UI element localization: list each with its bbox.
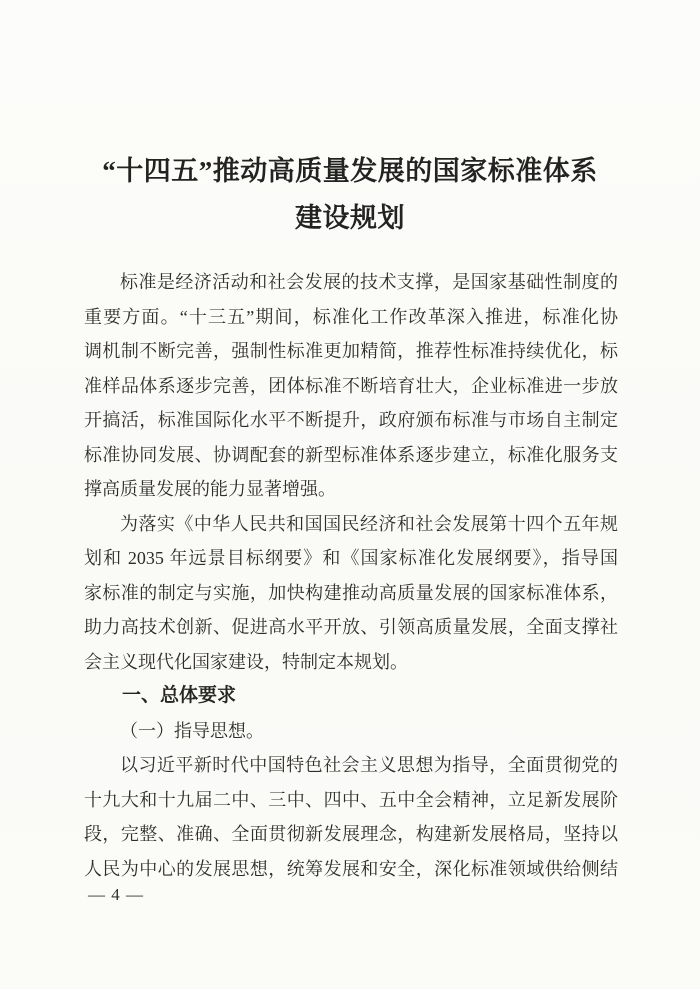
intro-paragraph-1-line-1: 标准是经济活动和社会发展的技术支撑，是国家基础性制度的 bbox=[84, 265, 618, 300]
page-number: — 4 — bbox=[88, 884, 144, 906]
intro-paragraph-1-line-2: 重要方面。“十三五”期间，标准化工作改革深入推进，标准化协 bbox=[84, 300, 618, 335]
intro-paragraph-2-line-2: 划和 2035 年远景目标纲要》和《国家标准化发展纲要》，指导国 bbox=[84, 541, 618, 576]
intro-paragraph-2-line-3: 家标准的制定与实施，加快构建推动高质量发展的国家标准体系， bbox=[84, 576, 618, 611]
intro-paragraph-2-line-1: 为落实《中华人民共和国国民经济和社会发展第十四个五年规 bbox=[84, 507, 618, 542]
section-1-1-heading: （一）指导思想。 bbox=[84, 714, 618, 749]
intro-paragraph-1-line-7: 撑高质量发展的能力显著增强。 bbox=[84, 472, 618, 507]
guiding-ideology-paragraph-line-1: 以习近平新时代中国特色社会主义思想为指导，全面贯彻党的 bbox=[84, 748, 618, 783]
document-body: 标准是经济活动和社会发展的技术支撑，是国家基础性制度的重要方面。“十三五”期间，… bbox=[84, 265, 618, 886]
intro-paragraph-1-line-6: 标准协同发展、协调配套的新型标准体系逐步建立，标准化服务支 bbox=[84, 438, 618, 473]
document-title: “十四五”推动高质量发展的国家标准体系 建设规划 bbox=[50, 148, 650, 242]
section-1-heading: 一、总体要求 bbox=[84, 679, 618, 714]
guiding-ideology-paragraph-line-3: 段，完整、准确、全面贯彻新发展理念，构建新发展格局，坚持以 bbox=[84, 817, 618, 852]
guiding-ideology-paragraph-line-2: 十九大和十九届二中、三中、四中、五中全会精神，立足新发展阶 bbox=[84, 783, 618, 818]
intro-paragraph-1-line-4: 准样品体系逐步完善，团体标准不断培育壮大，企业标准进一步放 bbox=[84, 369, 618, 404]
intro-paragraph-2-line-4: 助力高技术创新、促进高水平开放、引领高质量发展，全面支撑社 bbox=[84, 610, 618, 645]
scanned-document-page: “十四五”推动高质量发展的国家标准体系 建设规划 标准是经济活动和社会发展的技术… bbox=[0, 0, 700, 989]
document-title-line-1: “十四五”推动高质量发展的国家标准体系 bbox=[50, 148, 650, 195]
intro-paragraph-1-line-3: 调机制不断完善，强制性标准更加精简，推荐性标准持续优化，标 bbox=[84, 334, 618, 369]
intro-paragraph-1-line-5: 开搞活，标准国际化水平不断提升，政府颁布标准与市场自主制定 bbox=[84, 403, 618, 438]
intro-paragraph-2-line-5: 会主义现代化国家建设，特制定本规划。 bbox=[84, 645, 618, 680]
guiding-ideology-paragraph-line-4: 人民为中心的发展思想，统筹发展和安全，深化标准领域供给侧结 bbox=[84, 852, 618, 887]
document-title-line-2: 建设规划 bbox=[50, 195, 650, 242]
